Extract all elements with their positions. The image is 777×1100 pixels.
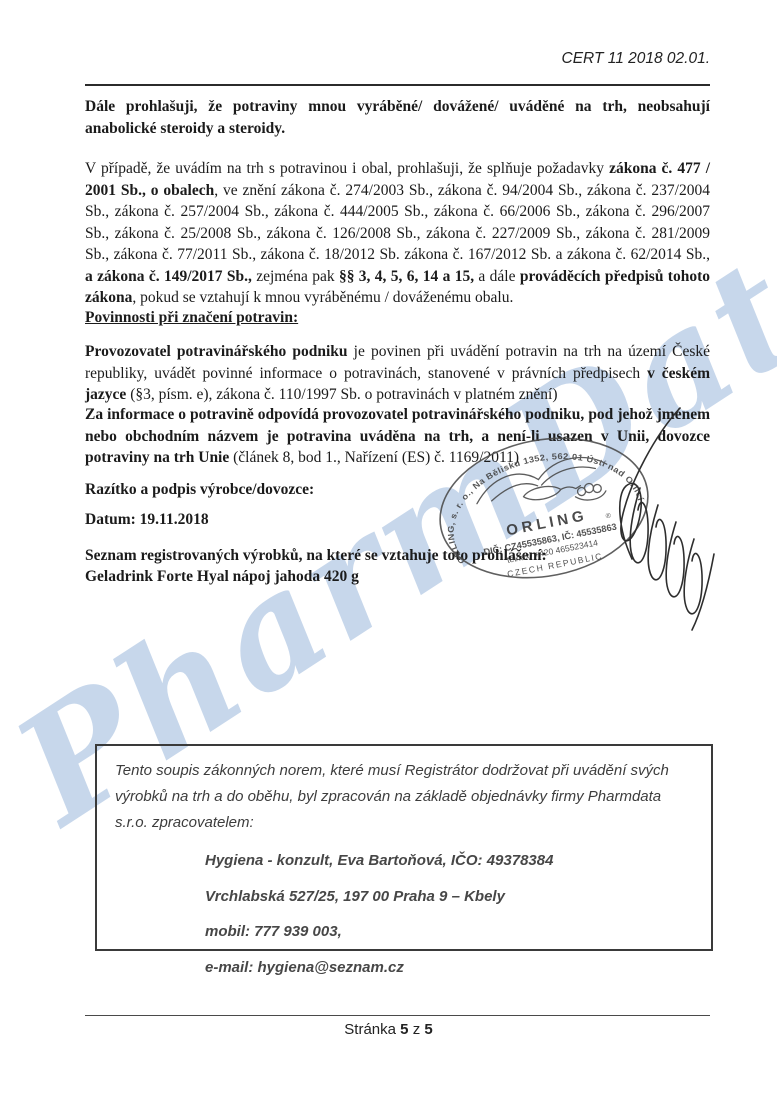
handwritten-signature xyxy=(568,396,723,636)
footer-word: Stránka xyxy=(344,1021,396,1038)
text-segment: Provozovatel potravinářského podniku xyxy=(85,343,348,360)
box-mobile-line: mobil: 777 939 003, xyxy=(205,921,693,942)
packaging-declaration: V případě, že uvádím na trh s potravinou… xyxy=(85,158,710,309)
steroids-declaration: Dále prohlašuji, že potraviny mnou vyráb… xyxy=(85,96,710,139)
box-company-line: Hygiena - konzult, Eva Bartoňová, IČO: 4… xyxy=(205,850,693,871)
box-address-line: Vrchlabská 527/25, 197 00 Praha 9 – Kbel… xyxy=(205,886,693,907)
doc-code: CERT 11 2018 02.01. xyxy=(562,50,711,68)
header-divider xyxy=(85,84,710,86)
footer-page-number: 5 xyxy=(400,1021,408,1038)
text-segment: V případě, že uvádím na trh s potravinou… xyxy=(85,160,609,177)
text-segment: (§3, písm. e), zákona č. 110/1997 Sb. o … xyxy=(126,386,557,403)
box-email-line: e-mail: hygiena@seznam.cz xyxy=(205,957,693,978)
text-segment: a dále xyxy=(474,268,520,285)
document-page: PharmData CERT 11 2018 02.01. Dále prohl… xyxy=(0,0,777,1100)
text-segment: §§ 3, 4, 5, 6, 14 a 15, xyxy=(339,268,474,285)
labeling-heading: Povinnosti při značení potravin: xyxy=(85,307,298,329)
footer-total-pages: 5 xyxy=(424,1021,432,1038)
processor-info-box: Tento soupis zákonných norem, které musí… xyxy=(95,744,713,951)
text-segment: , pokud se vztahují k mnou vyráběnému / … xyxy=(132,289,513,306)
footer-of: z xyxy=(413,1021,421,1038)
text-segment: zejména pak xyxy=(252,268,339,285)
text-segment: a zákona č. 149/2017 Sb., xyxy=(85,268,252,285)
footer-divider xyxy=(85,1015,710,1016)
page-footer: Stránka 5 z 5 xyxy=(0,1021,777,1038)
box-intro-text: Tento soupis zákonných norem, které musí… xyxy=(115,758,693,836)
